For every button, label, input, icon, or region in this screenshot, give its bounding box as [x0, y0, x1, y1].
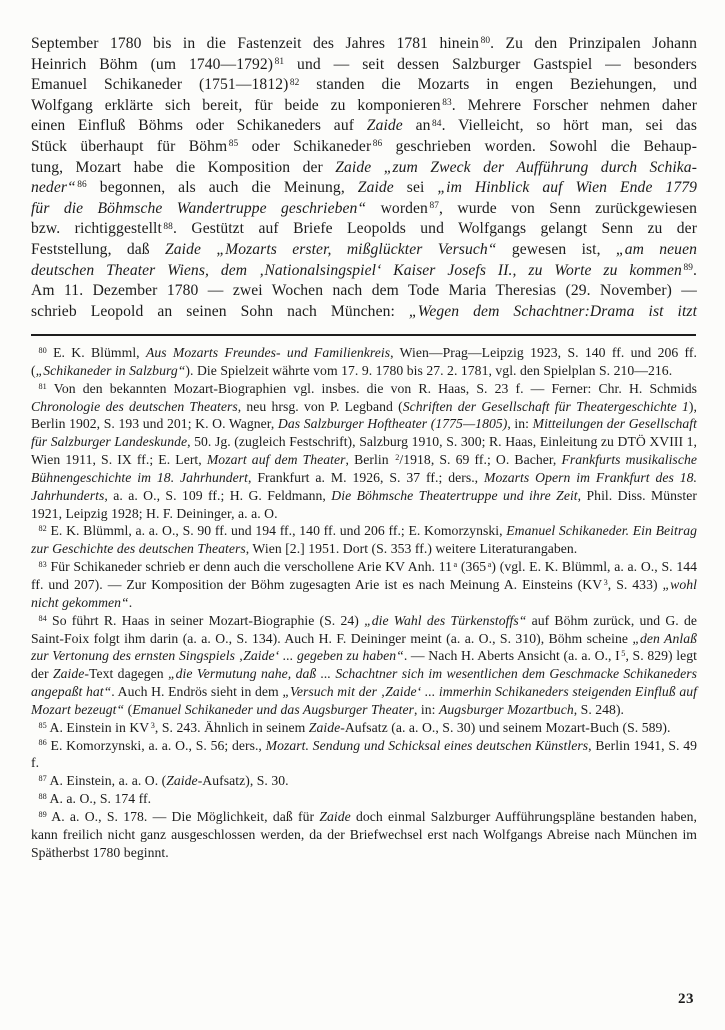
body-line: neder“86 begonnen, als auch die Meinung,…: [31, 178, 697, 199]
footnote-82: 82 E. K. Blümml, a. a. O., S. 90 ff. und…: [31, 522, 697, 558]
footnote-83: 83 Für Schikaneder schrieb er denn auch …: [31, 558, 697, 612]
superscript-ref: 82: [39, 524, 47, 533]
superscript-ref: 82: [290, 78, 300, 88]
footnote-89: 89 A. a. O., S. 178. — Die Möglichkeit, …: [31, 808, 697, 862]
superscript-ref: 86: [77, 180, 87, 190]
main-text: September 1780 bis in die Fastenzeit des…: [31, 34, 697, 322]
superscript-ref: 88: [163, 222, 173, 232]
body-line: bzw. richtiggestellt88. Gestützt auf Bri…: [31, 219, 697, 240]
book-page: September 1780 bis in die Fastenzeit des…: [0, 0, 725, 1030]
page-number: 23: [678, 991, 694, 1008]
superscript-ref: 80: [39, 346, 47, 355]
footnotes-section: 80 E. K. Blümml, Aus Mozarts Freundes- u…: [31, 344, 697, 861]
body-line: Am 11. Dezember 1780 — zwei Wochen nach …: [31, 281, 697, 302]
superscript-ref: 83: [39, 560, 47, 569]
footnote-81: 81 Von den bekannten Mozart-Biographien …: [31, 380, 697, 523]
footnote-86: 86 E. Komorzynski, a. a. O., S. 56; ders…: [31, 737, 697, 773]
superscript-ref: 87: [39, 774, 47, 783]
body-line: für die Böhmsche Wandertruppe geschriebe…: [31, 199, 697, 220]
superscript-ref: 86: [373, 139, 383, 149]
body-line: Heinrich Böhm (um 1740—1792)81 und — sei…: [31, 55, 697, 76]
superscript-ref: 84: [432, 119, 442, 129]
superscript-ref: 85: [39, 721, 47, 730]
body-line: tung, Mozart habe die Komposition der Za…: [31, 158, 697, 179]
body-line: schrieb Leopold an seinen Sohn nach Münc…: [31, 302, 697, 323]
body-line: deutschen Theater Wiens, dem ‚Nationalsi…: [31, 261, 697, 282]
superscript-ref: 5: [621, 649, 625, 658]
superscript-ref: 89: [683, 263, 693, 273]
body-line: Stück überhaupt für Böhm85 oder Schikane…: [31, 137, 697, 158]
superscript-ref: 80: [481, 36, 491, 46]
superscript-ref: a: [488, 560, 492, 569]
footnote-88: 88 A. a. O., S. 174 ff.: [31, 790, 697, 808]
superscript-ref: 81: [275, 57, 285, 67]
footnote-87: 87 A. Einstein, a. a. O. (Zaide-Aufsatz)…: [31, 772, 697, 790]
footnote-separator-rule: [31, 334, 696, 336]
superscript-ref: a: [453, 560, 457, 569]
footnote-80: 80 E. K. Blümml, Aus Mozarts Freundes- u…: [31, 344, 697, 380]
superscript-ref: 85: [229, 139, 239, 149]
superscript-ref: 3: [151, 721, 155, 730]
body-line: einen Einfluß Böhms oder Schikaneders au…: [31, 116, 697, 137]
superscript-ref: 86: [39, 738, 47, 747]
footnote-84: 84 So führt R. Haas in seiner Mozart-Bio…: [31, 612, 697, 719]
superscript-ref: 83: [442, 98, 452, 108]
superscript-ref: 84: [39, 614, 47, 623]
superscript-ref: 3: [604, 578, 608, 587]
superscript-ref: 89: [39, 810, 47, 819]
superscript-ref: 87: [429, 201, 439, 211]
superscript-ref: 2: [395, 453, 399, 462]
body-line: September 1780 bis in die Fastenzeit des…: [31, 34, 697, 55]
body-line: Feststellung, daß Zaide „Mozarts erster,…: [31, 240, 697, 261]
footnote-85: 85 A. Einstein in KV3, S. 243. Ähnlich i…: [31, 719, 697, 737]
body-line: Wolfgang erklärte sich bereit, für beide…: [31, 96, 697, 117]
superscript-ref: 88: [39, 792, 47, 801]
body-line: Emanuel Schikaneder (1751—1812)82 stande…: [31, 75, 697, 96]
superscript-ref: 81: [39, 382, 47, 391]
